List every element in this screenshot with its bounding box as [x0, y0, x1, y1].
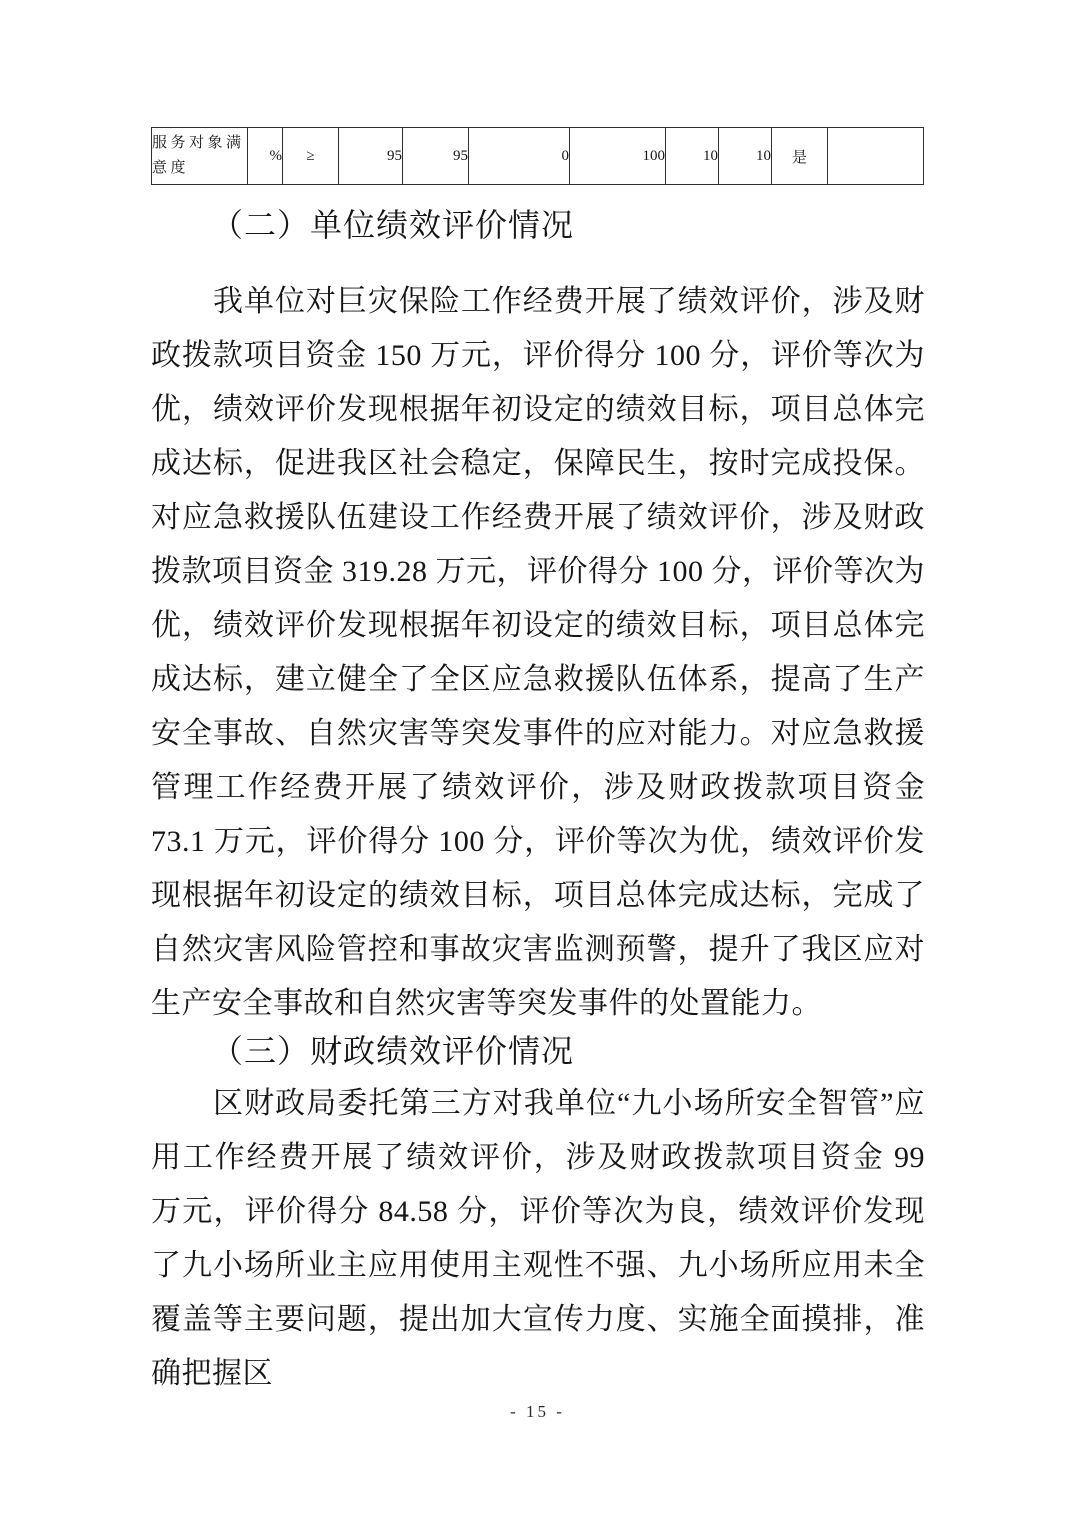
table-cell-rate: 100 [570, 128, 666, 185]
page-number: - 15 - [0, 1402, 1075, 1422]
document-page: 服务对象满意度 % ≥ 95 95 0 100 10 10 是 （二）单位绩效评… [0, 0, 1075, 1520]
paragraph-unit-evaluation: 我单位对巨灾保险工作经费开展了绩效评价，涉及财政拨款项目资金 150 万元，评价… [151, 275, 925, 1031]
table-cell-unit: % [248, 128, 283, 185]
table-cell-actual-value: 95 [403, 128, 469, 185]
table-cell-remark [828, 128, 924, 185]
table-cell-weight: 10 [666, 128, 719, 185]
table-cell-direction: ≥ [283, 128, 339, 185]
section-heading-unit-evaluation: （二）单位绩效评价情况 [151, 205, 925, 245]
table-row: 服务对象满意度 % ≥ 95 95 0 100 10 10 是 [152, 128, 924, 185]
paragraph-fiscal-evaluation: 区财政局委托第三方对我单位“九小场所安全智管”应用工作经费开展了绩效评价，涉及财… [151, 1077, 925, 1401]
table-cell-deviation: 0 [469, 128, 570, 185]
table-cell-achieved-flag: 是 [772, 128, 828, 185]
table-cell-indicator-name: 服务对象满意度 [152, 128, 248, 185]
table-cell-target-value: 95 [339, 128, 403, 185]
section-heading-fiscal-evaluation: （三）财政绩效评价情况 [151, 1031, 925, 1071]
indicator-table: 服务对象满意度 % ≥ 95 95 0 100 10 10 是 [151, 127, 924, 185]
table-cell-score: 10 [719, 128, 772, 185]
